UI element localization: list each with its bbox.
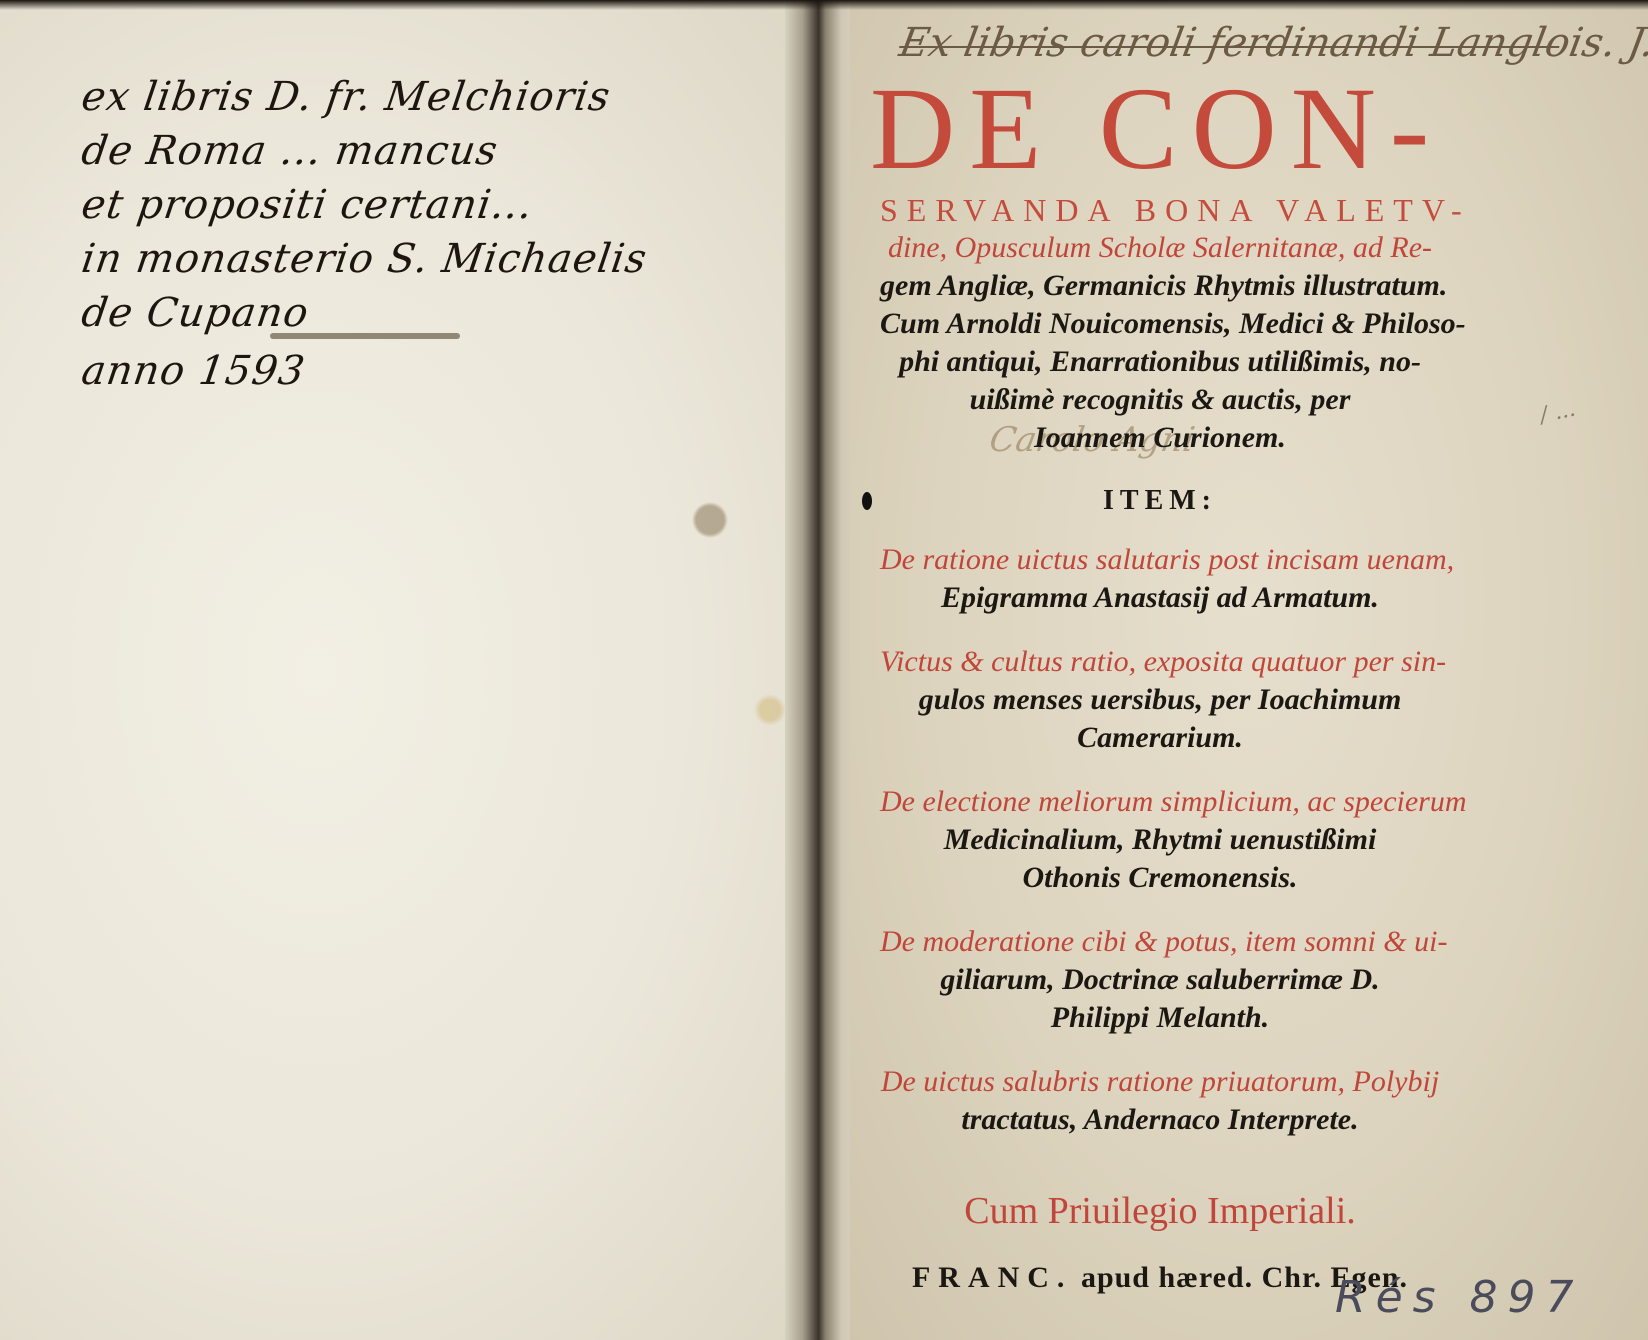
title-caps-line: SERVANDA BONA VALETV-: [880, 192, 1440, 229]
title-line: phi antiqui, Enarrationibus utilißimis, …: [880, 343, 1440, 381]
section-line: De electione meliorum simplicium, ac spe…: [880, 783, 1440, 821]
main-title: DE CON-: [870, 70, 1440, 188]
contents-section: De moderatione cibi & potus, item somni …: [880, 923, 1440, 1037]
manuscript-line: in monasterio S. Michaelis: [78, 232, 766, 286]
contents-section: Victus & cultus ratio, exposita quatuor …: [880, 643, 1440, 757]
section-line: Othonis Cremonensis.: [880, 859, 1440, 897]
handwritten-ex-libris: ex libris D. fr. Melchioris de Roma ... …: [82, 70, 762, 398]
title-block: DE CON- SERVANDA BONA VALETV- dine, Opus…: [880, 70, 1440, 1295]
imperial-privilege-line: Cum Priuilegio Imperiali.: [880, 1189, 1440, 1233]
manuscript-year-line: anno 1593: [78, 344, 766, 398]
title-line: gem Angliæ, Germanicis Rhytmis illustrat…: [880, 267, 1440, 305]
section-line: Camerarium.: [880, 719, 1440, 757]
section-line: Medicinalium, Rhytmi uenustißimi: [880, 821, 1440, 859]
manuscript-line: de Roma ... mancus: [78, 124, 766, 178]
library-shelfmark: Rés 897: [1335, 1272, 1584, 1323]
section-line: De moderatione cibi & potus, item somni …: [880, 923, 1440, 961]
item-heading: ITEM:: [880, 485, 1440, 517]
imprint-city: FRANC.: [912, 1261, 1073, 1294]
contents-section: De uictus salubris ratione priuatorum, P…: [880, 1063, 1440, 1139]
section-line: gulos menses uersibus, per Ioachimum: [880, 681, 1440, 719]
ink-stroke-mark: [270, 333, 460, 339]
left-flyleaf-page: ex libris D. fr. Melchioris de Roma ... …: [0, 0, 790, 1340]
book-spine-gutter: [785, 0, 855, 1340]
title-line: Cum Arnoldi Nouicomensis, Medici & Philo…: [880, 305, 1440, 343]
title-line: Ioannem Curionem.: [880, 419, 1440, 457]
section-line: giliarum, Doctrinæ saluberrimæ D.: [880, 961, 1440, 999]
contents-section: De electione meliorum simplicium, ac spe…: [880, 783, 1440, 897]
title-line: uißimè recognitis & auctis, per: [880, 381, 1440, 419]
contents-section: De ratione uictus salutaris post incisam…: [880, 541, 1440, 617]
section-line: tractatus, Andernaco Interprete.: [880, 1101, 1440, 1139]
section-line: Philippi Melanth.: [880, 999, 1440, 1037]
section-line: Victus & cultus ratio, exposita quatuor …: [880, 643, 1440, 681]
book-spread: ex libris D. fr. Melchioris de Roma ... …: [0, 0, 1648, 1340]
section-line: De uictus salubris ratione priuatorum, P…: [880, 1063, 1440, 1101]
section-line: Epigramma Anastasij ad Armatum.: [880, 579, 1440, 617]
manuscript-line: de Cupano: [78, 286, 766, 340]
struck-provenance-inscription: Ex libris caroli ferdinandi Langlois. J.: [896, 20, 1644, 66]
manuscript-line: ex libris D. fr. Melchioris: [78, 70, 766, 124]
binding-top-edge: [0, 0, 1648, 10]
strikethrough-line: [899, 46, 1559, 48]
title-line: dine, Opusculum Scholæ Salernitanæ, ad R…: [880, 229, 1440, 267]
manuscript-line: et propositi certani...: [78, 178, 766, 232]
section-line: De ratione uictus salutaris post incisam…: [880, 541, 1440, 579]
ink-blot-mark: [862, 492, 872, 510]
